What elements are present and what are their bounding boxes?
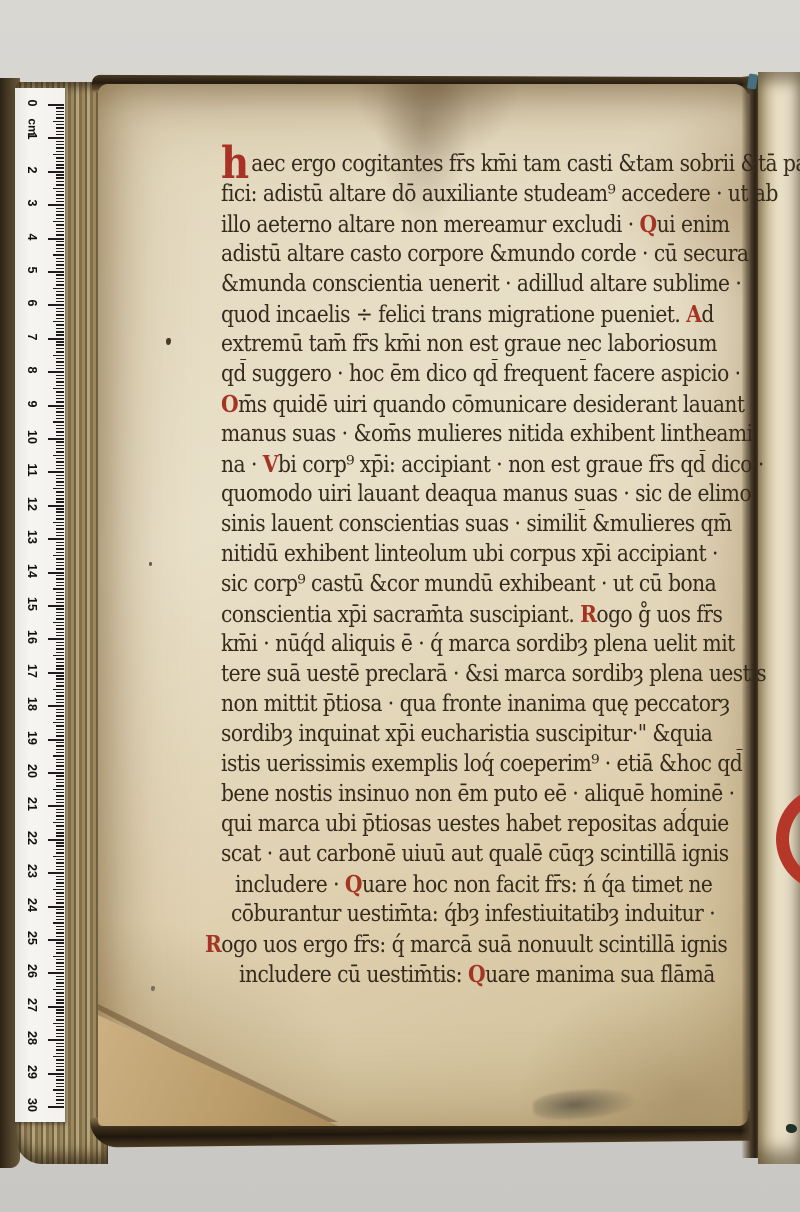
ruler-mm-tick [56, 294, 64, 295]
rubric-letter: Q [345, 871, 362, 898]
manuscript-text: ui enim [657, 212, 730, 238]
ruler-mm-tick [56, 578, 64, 579]
ruler-mm-tick [56, 1012, 64, 1013]
ruler-mm-tick [56, 585, 64, 586]
ruler-mm-tick [56, 695, 64, 696]
ruler-mm-tick [56, 819, 64, 820]
ruler-number: 27 [25, 996, 39, 1014]
manuscript-line: includere · Quare hoc non facit fr̄s: ń … [235, 871, 715, 901]
ruler-mm-tick [56, 528, 64, 529]
ruler-cm-tick [48, 1006, 64, 1008]
ruler-mm-tick [56, 1083, 64, 1084]
ruler-mm-tick [56, 167, 64, 168]
ruler-mm-tick [56, 982, 64, 983]
ruler-mm-tick [56, 114, 64, 115]
ruler-cm-tick [48, 538, 64, 540]
ruler-mm-tick [56, 645, 64, 646]
ruler-mm-tick [56, 882, 64, 883]
manuscript-line: nitidū exhibent linteolum ubi corpus xp̄… [221, 541, 714, 571]
ruler-mm-tick [56, 107, 64, 108]
ruler-mm-tick [56, 835, 64, 836]
manuscript-text: m̄s quidē uiri quando cōmunicare desider… [238, 392, 744, 418]
ruler-mm-tick [56, 842, 64, 843]
manuscript-text: uare manima sua flāmā [485, 962, 715, 988]
ruler-mm-tick [56, 418, 64, 419]
ruler-mm-tick [56, 799, 64, 800]
ruler-number: 10 [25, 428, 39, 446]
ruler-mm-tick [56, 485, 64, 486]
ruler-mm-tick [56, 448, 64, 449]
ruler-cm-tick [48, 872, 64, 874]
ruler-mm-tick [56, 648, 64, 649]
ruler-mm-tick [56, 1026, 64, 1027]
ruler-mm-tick [56, 682, 64, 683]
manuscript-text: sinis lauent conscientias suas · similit… [221, 511, 732, 537]
ruler-mm-tick [56, 408, 64, 409]
ruler-mm-tick [56, 662, 64, 663]
ruler-mm-tick [56, 1059, 64, 1060]
manuscript-line: conscientia xp̄i sacram̄ta suscipiant. R… [221, 601, 714, 631]
ruler-mm-tick [56, 184, 64, 185]
ruler-mm-tick [56, 194, 64, 195]
manuscript-line: fici: adistū altare dō auxiliante studea… [221, 181, 714, 211]
ruler-mm-tick [56, 742, 64, 743]
ruler-cm-tick [48, 304, 64, 306]
ruler-mm-tick [56, 916, 64, 917]
ruler-mm-tick [56, 899, 64, 900]
manuscript-line: illo aeterno altare non mereamur excludi… [221, 211, 714, 241]
manuscript-text: quomodo uiri lauant deaqua manus suas · … [221, 481, 751, 507]
ruler-mm-tick [56, 331, 64, 332]
ruler-mm-tick [56, 465, 64, 466]
ruler-mm-tick [56, 398, 64, 399]
ruler-number: 5 [25, 261, 39, 279]
rubric-letter: V [263, 451, 278, 478]
ruler-mm-tick [56, 224, 64, 225]
edge-speck [786, 1124, 797, 1133]
manuscript-line: manus suas · &om̄s mulieres nitida exhib… [221, 421, 714, 451]
ruler-mm-tick [56, 699, 64, 700]
ruler-mm-tick [53, 755, 64, 756]
ruler-number: 21 [25, 795, 39, 813]
ruler-mm-tick [56, 208, 64, 209]
ruler-mm-tick [56, 318, 64, 319]
ruler-mm-tick [56, 759, 64, 760]
ruler-mm-tick [56, 692, 64, 693]
ruler-mm-tick [56, 809, 64, 810]
manuscript-text: qui marca ubi p̄tiosas uestes habet repo… [221, 811, 729, 837]
rubric-letter: A [686, 301, 701, 328]
rubric-letter: Q [468, 961, 485, 988]
ruler-mm-tick [53, 922, 64, 923]
ruler-number: 30 [25, 1096, 39, 1114]
ruler-mm-tick [56, 932, 64, 933]
ruler-mm-tick [56, 936, 64, 937]
ruler-cm-tick [48, 471, 64, 473]
ruler-mm-tick [56, 762, 64, 763]
ruler-mm-tick [53, 956, 64, 957]
ruler-mm-tick [56, 458, 64, 459]
ruler-mm-tick [56, 859, 64, 860]
text-block: haec ergo cogitantes fr̄s km̄i tam casti… [221, 151, 781, 991]
ruler-mm-tick [56, 949, 64, 950]
ruler-mm-tick [56, 468, 64, 469]
ruler-mm-tick [56, 274, 64, 275]
ruler-number: 28 [25, 1029, 39, 1047]
manuscript-text: nitidū exhibent linteolum ubi corpus xp̄… [221, 541, 718, 567]
ruler-mm-tick [53, 254, 64, 255]
ruler-mm-tick [56, 548, 64, 549]
ruler-mm-tick [56, 381, 64, 382]
ruler-mm-tick [56, 451, 64, 452]
ruler-mm-tick [56, 926, 64, 927]
ruler-mm-tick [53, 856, 64, 857]
ruler-mm-tick [56, 849, 64, 850]
ruler-mm-tick [56, 501, 64, 502]
ruler-mm-tick [56, 411, 64, 412]
manuscript-text: conscientia xp̄i sacram̄ta suscipiant. [221, 602, 580, 628]
ruler-number: 16 [25, 628, 39, 646]
ruler-mm-tick [53, 655, 64, 656]
ruler-mm-tick [56, 765, 64, 766]
manuscript-text: tere suā uestē preclarā · &si marca sord… [221, 661, 766, 687]
ruler-mm-tick [56, 1019, 64, 1020]
manuscript-line: quod incaelis ÷ felici trans migratione … [221, 301, 714, 331]
ruler-mm-tick [56, 151, 64, 152]
ruler-mm-tick [56, 832, 64, 833]
ruler-mm-tick [56, 829, 64, 830]
manuscript-line: na · Vbi corp⁹ xp̄i: accipiant · non est… [221, 451, 714, 481]
ruler-mm-tick [56, 709, 64, 710]
ruler-mm-tick [56, 311, 64, 312]
manuscript-line: sinis lauent conscientias suas · similit… [221, 511, 714, 541]
ruler-mm-tick [56, 1093, 64, 1094]
ruler-mm-tick [56, 134, 64, 135]
ruler-cm-tick [48, 1073, 64, 1075]
ruler-number: 26 [25, 962, 39, 980]
ruler-mm-tick [56, 719, 64, 720]
ruler-number: 4 [25, 228, 39, 246]
ruler-cm-tick [48, 972, 64, 974]
ruler-mm-tick [56, 592, 64, 593]
manuscript-text: extremū tam̄ fr̄s km̄i non est graue nec… [221, 331, 717, 357]
ruler-mm-tick [56, 642, 64, 643]
ruler-mm-tick [56, 608, 64, 609]
ruler-mm-tick [56, 111, 64, 112]
ruler-mm-tick [56, 1016, 64, 1017]
ruler-mm-tick [56, 952, 64, 953]
ruler-mm-tick [56, 258, 64, 259]
ruler-mm-tick [56, 1053, 64, 1054]
ruler-number: 20 [25, 762, 39, 780]
manuscript-line: km̄i · nūq́d aliquis ē · q́ marca sordib… [221, 631, 714, 661]
ruler-mm-tick [53, 789, 64, 790]
ruler-cm-tick [48, 238, 64, 240]
manuscript-text: km̄i · nūq́d aliquis ē · q́ marca sordib… [221, 631, 735, 657]
ruler-mm-tick [56, 368, 64, 369]
ruler-mm-tick [56, 602, 64, 603]
ruler-mm-tick [56, 518, 64, 519]
ruler-mm-tick [56, 425, 64, 426]
ruler-cm-tick [48, 171, 64, 173]
ruler-mm-tick [56, 1076, 64, 1077]
ruler-mm-tick [56, 779, 64, 780]
ruler-mm-tick [56, 144, 64, 145]
ruler-mm-tick [56, 962, 64, 963]
ruler-mm-tick [56, 378, 64, 379]
manuscript-line: sic corp⁹ castū &cor mundū exhibeant · u… [221, 571, 714, 601]
ruler-mm-tick [56, 1029, 64, 1030]
ruler-cm-tick [48, 572, 64, 574]
ruler-mm-tick [56, 314, 64, 315]
ruler-number: 13 [25, 528, 39, 546]
ruler-number: 3 [25, 194, 39, 212]
ruler-mm-tick [56, 391, 64, 392]
ruler-number: 23 [25, 862, 39, 880]
ruler: cm 0123456789101112131415161718192021222… [15, 88, 65, 1122]
rubric-letter: R [580, 601, 596, 628]
manuscript-text: illo aeterno altare non mereamur excludi… [221, 212, 640, 238]
ruler-mm-tick [56, 218, 64, 219]
ruler-mm-tick [53, 555, 64, 556]
ruler-mm-tick [56, 735, 64, 736]
ruler-mm-tick [56, 946, 64, 947]
ruler-number: 8 [25, 361, 39, 379]
ruler-mm-tick [56, 1069, 64, 1070]
manuscript-text: sordibȝ inquinat xp̄i eucharistia suscip… [221, 721, 712, 747]
ruler-mm-tick [53, 722, 64, 723]
manuscript-line: non mittit p̄tiosa · qua fronte inanima … [221, 691, 714, 721]
ruler-mm-tick [56, 117, 64, 118]
ruler-mm-tick [56, 876, 64, 877]
ruler-mm-tick [53, 121, 64, 122]
ruler-mm-tick [53, 288, 64, 289]
manuscript-text: fici: adistū altare dō auxiliante studea… [221, 181, 778, 207]
manuscript-text: includere · [235, 872, 345, 898]
ruler-mm-tick [56, 268, 64, 269]
manuscript-text: &munda conscientia uenerit · adillud alt… [221, 271, 741, 297]
manuscript-text: d [701, 302, 713, 328]
ruler-mm-tick [56, 177, 64, 178]
ruler-mm-tick [56, 1036, 64, 1037]
ruler-mm-tick [53, 488, 64, 489]
ruler-mm-tick [56, 976, 64, 977]
ruler-cm-tick [48, 1106, 64, 1108]
ruler-mm-tick [56, 251, 64, 252]
ruler-mm-tick [56, 161, 64, 162]
ruler-mm-tick [56, 618, 64, 619]
ruler-cm-tick [48, 271, 64, 273]
ruler-mm-tick [56, 769, 64, 770]
manuscript-line: qui marca ubi p̄tiosas uestes habet repo… [221, 811, 714, 841]
ruler-number: 2 [25, 161, 39, 179]
ruler-mm-tick [56, 802, 64, 803]
ruler-mm-tick [56, 495, 64, 496]
ruler-number: 24 [25, 896, 39, 914]
ruler-mm-tick [56, 732, 64, 733]
ruler-mm-tick [56, 725, 64, 726]
ruler-number: 19 [25, 729, 39, 747]
ruler-cm-tick [48, 672, 64, 674]
ruler-mm-tick [56, 929, 64, 930]
ruler-cm-tick [48, 338, 64, 340]
ruler-mm-tick [56, 532, 64, 533]
ruler-mm-tick [56, 415, 64, 416]
ruler-cm-tick [48, 839, 64, 841]
manuscript-text: scat · aut carbonē uiuū aut qualē cūqȝ s… [221, 841, 729, 867]
ruler-mm-tick [56, 879, 64, 880]
ruler-mm-tick [56, 745, 64, 746]
manuscript-line: Rogo uos ergo fr̄s: q́ marcā suā nonuult… [205, 931, 712, 961]
ruler-mm-tick [56, 582, 64, 583]
ruler-cm-tick [48, 204, 64, 206]
ruler-number: 22 [25, 829, 39, 847]
ruler-mm-tick [56, 131, 64, 132]
ruler-mm-tick [56, 525, 64, 526]
manuscript-line: tere suā uestē preclarā · &si marca sord… [221, 661, 714, 691]
ruler-mm-tick [56, 959, 64, 960]
ruler-mm-tick [56, 665, 64, 666]
ruler-mm-tick [56, 902, 64, 903]
ruler-mm-tick [56, 248, 64, 249]
ruler-mm-tick [56, 652, 64, 653]
ruler-cm-tick [48, 137, 64, 139]
ruler-mm-tick [56, 401, 64, 402]
ruler-mm-tick [56, 545, 64, 546]
ruler-mm-tick [56, 869, 64, 870]
ruler-cm-tick [48, 939, 64, 941]
ruler-mm-tick [56, 685, 64, 686]
ruler-mm-tick [56, 575, 64, 576]
ruler-mm-tick [56, 785, 64, 786]
ruler-mm-tick [56, 795, 64, 796]
ruler-mm-tick [56, 912, 64, 913]
ruler-cm-tick [48, 371, 64, 373]
ruler-number: 6 [25, 294, 39, 312]
ruler-mm-tick [56, 615, 64, 616]
ruler-mm-tick [56, 675, 64, 676]
ruler-mm-tick [56, 261, 64, 262]
ruler-mm-tick [56, 752, 64, 753]
ruler-mm-tick [53, 989, 64, 990]
ruler-number: 29 [25, 1063, 39, 1081]
manuscript-line: istis uerissimis exemplis loq́ coeperim⁹… [221, 751, 714, 781]
ruler-number: 12 [25, 495, 39, 513]
ruler-mm-tick [56, 228, 64, 229]
ruler-mm-tick [56, 324, 64, 325]
ruler-mm-tick [56, 815, 64, 816]
ruler-mm-tick [56, 127, 64, 128]
manuscript-line: haec ergo cogitantes fr̄s km̄i tam casti… [221, 151, 714, 181]
ruler-cm-tick [48, 1039, 64, 1041]
ruler-mm-tick [56, 328, 64, 329]
ruler-mm-tick [56, 552, 64, 553]
ruler-cm-tick [48, 605, 64, 607]
ruler-mm-tick [56, 658, 64, 659]
ruler-mm-tick [56, 612, 64, 613]
ruler-mm-tick [56, 542, 64, 543]
ruler-mm-tick [56, 511, 64, 512]
ruler-mm-tick [53, 188, 64, 189]
ruler-mm-tick [56, 431, 64, 432]
ruler-cm-tick [48, 705, 64, 707]
ruler-mm-tick [56, 291, 64, 292]
ruler-mm-tick [56, 1103, 64, 1104]
manuscript-text: cōburantur uestim̄ta: q́bȝ infestiuitati… [231, 901, 715, 927]
ruler-mm-tick [56, 852, 64, 853]
ruler-mm-tick [56, 1049, 64, 1050]
ruler-number: 1 [25, 127, 39, 145]
ruler-mm-tick [56, 558, 64, 559]
ruler-number: 15 [25, 595, 39, 613]
ruler-mm-tick [56, 775, 64, 776]
ruler-mm-tick [56, 1099, 64, 1100]
ruler-mm-tick [53, 622, 64, 623]
ruler-mm-tick [56, 478, 64, 479]
manuscript-text: na · [221, 452, 263, 478]
ruler-number: 17 [25, 662, 39, 680]
ruler-mm-tick [56, 632, 64, 633]
ruler-mm-tick [56, 164, 64, 165]
manuscript-line: bene nostis insinuo non ēm puto eē · ali… [221, 781, 714, 811]
manuscript-text: manus suas · &om̄s mulieres nitida exhib… [221, 421, 753, 447]
ruler-mm-tick [56, 1096, 64, 1097]
ruler-cm-tick [48, 104, 64, 106]
ruler-mm-tick [56, 635, 64, 636]
manuscript-text: adistū altare casto corpore &mundo corde… [221, 241, 748, 267]
ruler-mm-tick [56, 341, 64, 342]
ruler-mm-tick [56, 919, 64, 920]
ruler-mm-tick [56, 198, 64, 199]
ruler-mm-tick [53, 822, 64, 823]
ruler-mm-tick [56, 348, 64, 349]
ruler-number: 7 [25, 328, 39, 346]
ruler-mm-tick [56, 234, 64, 235]
ruler-mm-tick [56, 351, 64, 352]
ruler-mm-tick [56, 498, 64, 499]
manuscript-text: quod incaelis ÷ felici trans migratione … [221, 302, 686, 328]
ruler-mm-tick [56, 712, 64, 713]
ruler-mm-tick [56, 475, 64, 476]
ruler-cm-tick [48, 638, 64, 640]
ruler-mm-tick [56, 334, 64, 335]
ruler-mm-tick [53, 588, 64, 589]
ruler-mm-tick [56, 385, 64, 386]
ruler-mm-tick [56, 157, 64, 158]
ruler-cm-tick [48, 739, 64, 741]
ruler-cm-tick [48, 405, 64, 407]
manuscript-line: quomodo uiri lauant deaqua manus suas · … [221, 481, 714, 511]
ruler-mm-tick [56, 562, 64, 563]
ruler-mm-tick [56, 201, 64, 202]
ruler-cm-tick [48, 906, 64, 908]
ruler-mm-tick [56, 124, 64, 125]
ruler-mm-tick [53, 421, 64, 422]
manuscript-text: uare hoc non facit fr̄s: ń q́a timet ne [362, 872, 712, 898]
ruler-cm-tick [48, 438, 64, 440]
ruler-number: 18 [25, 695, 39, 713]
ruler-mm-tick [56, 461, 64, 462]
ruler-mm-tick [56, 966, 64, 967]
manuscript-text: ogo uos ergo fr̄s: q́ marcā suā nonuult … [221, 932, 727, 958]
manuscript-line: adistū altare casto corpore &mundo corde… [221, 241, 714, 271]
ruler-mm-tick [56, 845, 64, 846]
manuscript-text: includere cū uestim̄tis: [239, 962, 468, 988]
ruler-mm-tick [56, 428, 64, 429]
ruler-mm-tick [56, 986, 64, 987]
ruler-mm-tick [56, 1079, 64, 1080]
ruler-mm-tick [56, 996, 64, 997]
